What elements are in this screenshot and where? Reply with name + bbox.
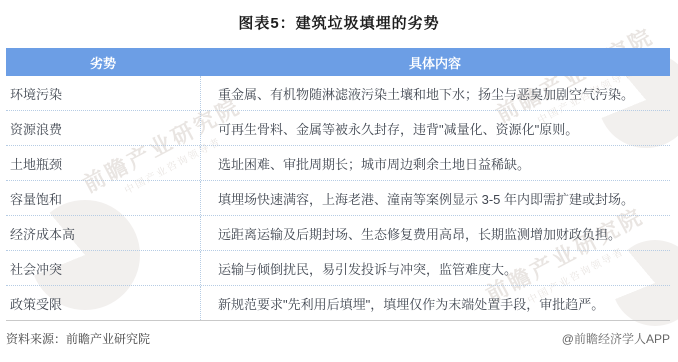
table-row: 社会冲突运输与倾倒扰民，易引发投诉与冲突，监管难度大。 xyxy=(6,250,670,285)
table-row: 资源浪费可再生骨料、金属等被永久封存，违背"减量化、资源化"原则。 xyxy=(6,110,670,145)
table-row: 政策受限新规范要求"先利用后填埋"，填埋仅作为末端处置手段，审批趋严。 xyxy=(6,285,670,320)
header-cell-detail: 具体内容 xyxy=(200,53,670,72)
row-content: 运输与倾倒扰民，易引发投诉与冲突，监管难度大。 xyxy=(200,251,670,285)
table-body: 环境污染重金属、有机物随淋滤液污染土壤和地下水；扬尘与恶臭加剧空气污染。资源浪费… xyxy=(6,76,670,321)
row-content: 重金属、有机物随淋滤液污染土壤和地下水；扬尘与恶臭加剧空气污染。 xyxy=(200,76,670,110)
row-content: 填埋场快速满容，上海老港、潼南等案例显示 3-5 年内即需扩建或封场。 xyxy=(200,181,670,215)
row-content: 可再生骨料、金属等被永久封存，违背"减量化、资源化"原则。 xyxy=(200,111,670,145)
figure-footer: 资料来源：前瞻产业研究院 @前瞻经济学人APP xyxy=(6,330,670,347)
credit-note: @前瞻经济学人APP xyxy=(562,330,670,347)
row-label: 资源浪费 xyxy=(6,111,200,145)
row-label: 经济成本高 xyxy=(6,216,200,250)
table-row: 环境污染重金属、有机物随淋滤液污染土壤和地下水；扬尘与恶臭加剧空气污染。 xyxy=(6,76,670,110)
figure-title: 图表5：建筑垃圾填埋的劣势 xyxy=(0,0,678,33)
row-label: 容量饱和 xyxy=(6,181,200,215)
table-header-row: 劣势 具体内容 xyxy=(6,48,670,76)
row-content: 新规范要求"先利用后填埋"，填埋仅作为末端处置手段，审批趋严。 xyxy=(200,286,670,320)
row-label: 社会冲突 xyxy=(6,251,200,285)
row-content: 远距离运输及后期封场、生态修复费用高昂，长期监测增加财政负担。 xyxy=(200,216,670,250)
row-label: 土地瓶颈 xyxy=(6,146,200,180)
row-content: 选址困难、审批周期长；城市周边剩余土地日益稀缺。 xyxy=(200,146,670,180)
disadvantages-table: 劣势 具体内容 环境污染重金属、有机物随淋滤液污染土壤和地下水；扬尘与恶臭加剧空… xyxy=(6,48,670,321)
source-note: 资料来源：前瞻产业研究院 xyxy=(6,330,150,347)
table-row: 土地瓶颈选址困难、审批周期长；城市周边剩余土地日益稀缺。 xyxy=(6,145,670,180)
header-cell-disadvantage: 劣势 xyxy=(6,53,200,72)
row-label: 政策受限 xyxy=(6,286,200,320)
table-row: 经济成本高远距离运输及后期封场、生态修复费用高昂，长期监测增加财政负担。 xyxy=(6,215,670,250)
row-label: 环境污染 xyxy=(6,76,200,110)
table-row: 容量饱和填埋场快速满容，上海老港、潼南等案例显示 3-5 年内即需扩建或封场。 xyxy=(6,180,670,215)
